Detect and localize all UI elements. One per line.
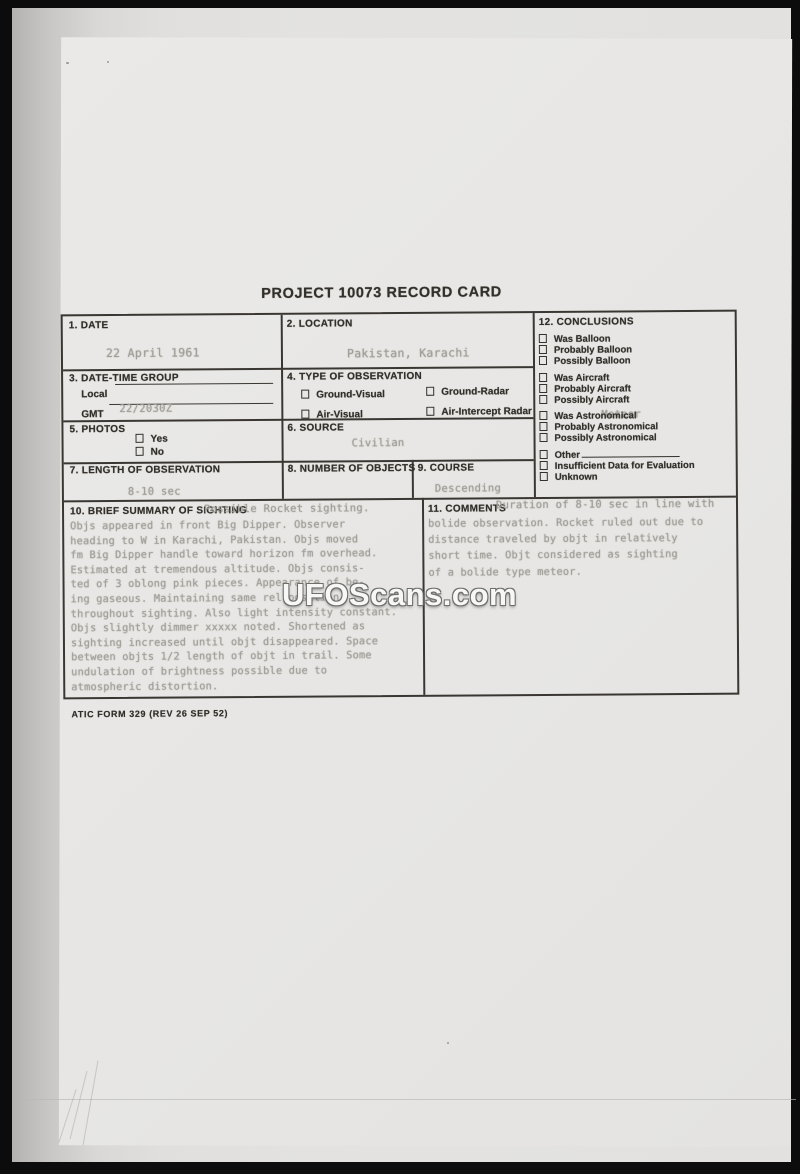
paper-speck: [107, 61, 109, 63]
watermark: UFOScans.com: [282, 577, 517, 613]
checkbox-icon: [539, 422, 547, 431]
conclusion-unknown: Unknown: [540, 470, 695, 482]
grid-line: [63, 366, 533, 371]
option-air-intercept-radar: Air-Intercept Radar: [426, 406, 532, 418]
source-value: Civilian: [352, 437, 405, 449]
form-title: PROJECT 10073 RECORD CARD: [181, 284, 581, 303]
checkbox-icon: [426, 387, 434, 396]
length-of-observation-label: 7. LENGTH OF OBSERVATION: [70, 464, 221, 476]
checkbox-icon: [539, 383, 547, 392]
paper-crease-line: [26, 1099, 796, 1100]
grid-line: [281, 315, 284, 499]
grid-line: [63, 417, 533, 422]
checkbox-icon: [539, 394, 547, 403]
location-value: Pakistan, Karachi: [347, 346, 470, 361]
comments-overlay-line: Duration of 8-10 sec in line with: [496, 498, 715, 512]
paper-speck: [66, 62, 69, 64]
date-time-group-label: 3. DATE-TIME GROUP: [69, 373, 179, 385]
option-air-visual: Air-Visual: [301, 409, 363, 420]
checkbox-icon: [539, 433, 547, 442]
photos-label: 5. PHOTOS: [69, 424, 125, 435]
date-label: 1. DATE: [69, 320, 109, 331]
checkbox-icon: [426, 407, 434, 416]
checkbox-icon: [539, 345, 547, 354]
paper-speck: [447, 1042, 449, 1044]
course-value: Descending: [435, 482, 501, 494]
option-ground-radar: Ground-Radar: [426, 386, 509, 398]
gmt-value: 22/2030Z: [119, 403, 172, 415]
checkbox-icon: [539, 372, 547, 381]
checkbox-icon: [301, 390, 309, 399]
checkbox-icon: [539, 334, 547, 343]
checkbox-icon: [540, 460, 548, 469]
course-label: 9. COURSE: [418, 462, 475, 473]
checkbox-icon: [540, 471, 548, 480]
local-blank-line: [115, 383, 273, 385]
source-label: 6. SOURCE: [287, 422, 344, 433]
other-blank-line: [582, 456, 680, 458]
comments-text: bolide observation. Rocket ruled out due…: [428, 514, 704, 581]
local-label: Local: [81, 389, 107, 400]
checkbox-icon: [539, 356, 547, 365]
record-card: PROJECT 10073 RECORD CARD 1. DATE 22 Apr…: [60, 281, 739, 731]
checkbox-icon: [301, 410, 309, 419]
gmt-label: GMT: [81, 409, 103, 420]
summary-overlay-line: Possible Rocket sighting.: [204, 502, 370, 515]
option-photos-no: No: [136, 447, 164, 458]
option-photos-yes: Yes: [135, 434, 167, 445]
type-of-observation-label: 4. TYPE OF OBSERVATION: [287, 371, 422, 383]
grid-line: [533, 313, 536, 497]
form-grid: 1. DATE 22 April 1961 2. LOCATION Pakist…: [61, 310, 740, 700]
conclusions-label: 12. CONCLUSIONS: [539, 316, 634, 328]
checkbox-icon: [540, 449, 548, 458]
option-ground-visual: Ground-Visual: [301, 389, 385, 401]
form-number-footer: ATIC FORM 329 (REV 26 SEP 52): [71, 708, 228, 719]
date-value: 22 April 1961: [106, 345, 200, 360]
conclusion-insufficient-data: Insufficient Data for Evaluation: [540, 459, 695, 471]
location-label: 2. LOCATION: [287, 318, 353, 329]
checkbox-icon: [136, 447, 144, 456]
length-of-observation-value: 8-10 sec: [128, 486, 181, 498]
conclusions-list: Was Balloon Probably Balloon Possibly Ba…: [539, 333, 695, 483]
comments-label: 11. COMMENTS: [428, 503, 506, 515]
checkbox-icon: [135, 434, 143, 443]
checkbox-icon: [539, 411, 547, 420]
number-of-objects-label: 8. NUMBER OF OBJECTS: [288, 463, 416, 475]
